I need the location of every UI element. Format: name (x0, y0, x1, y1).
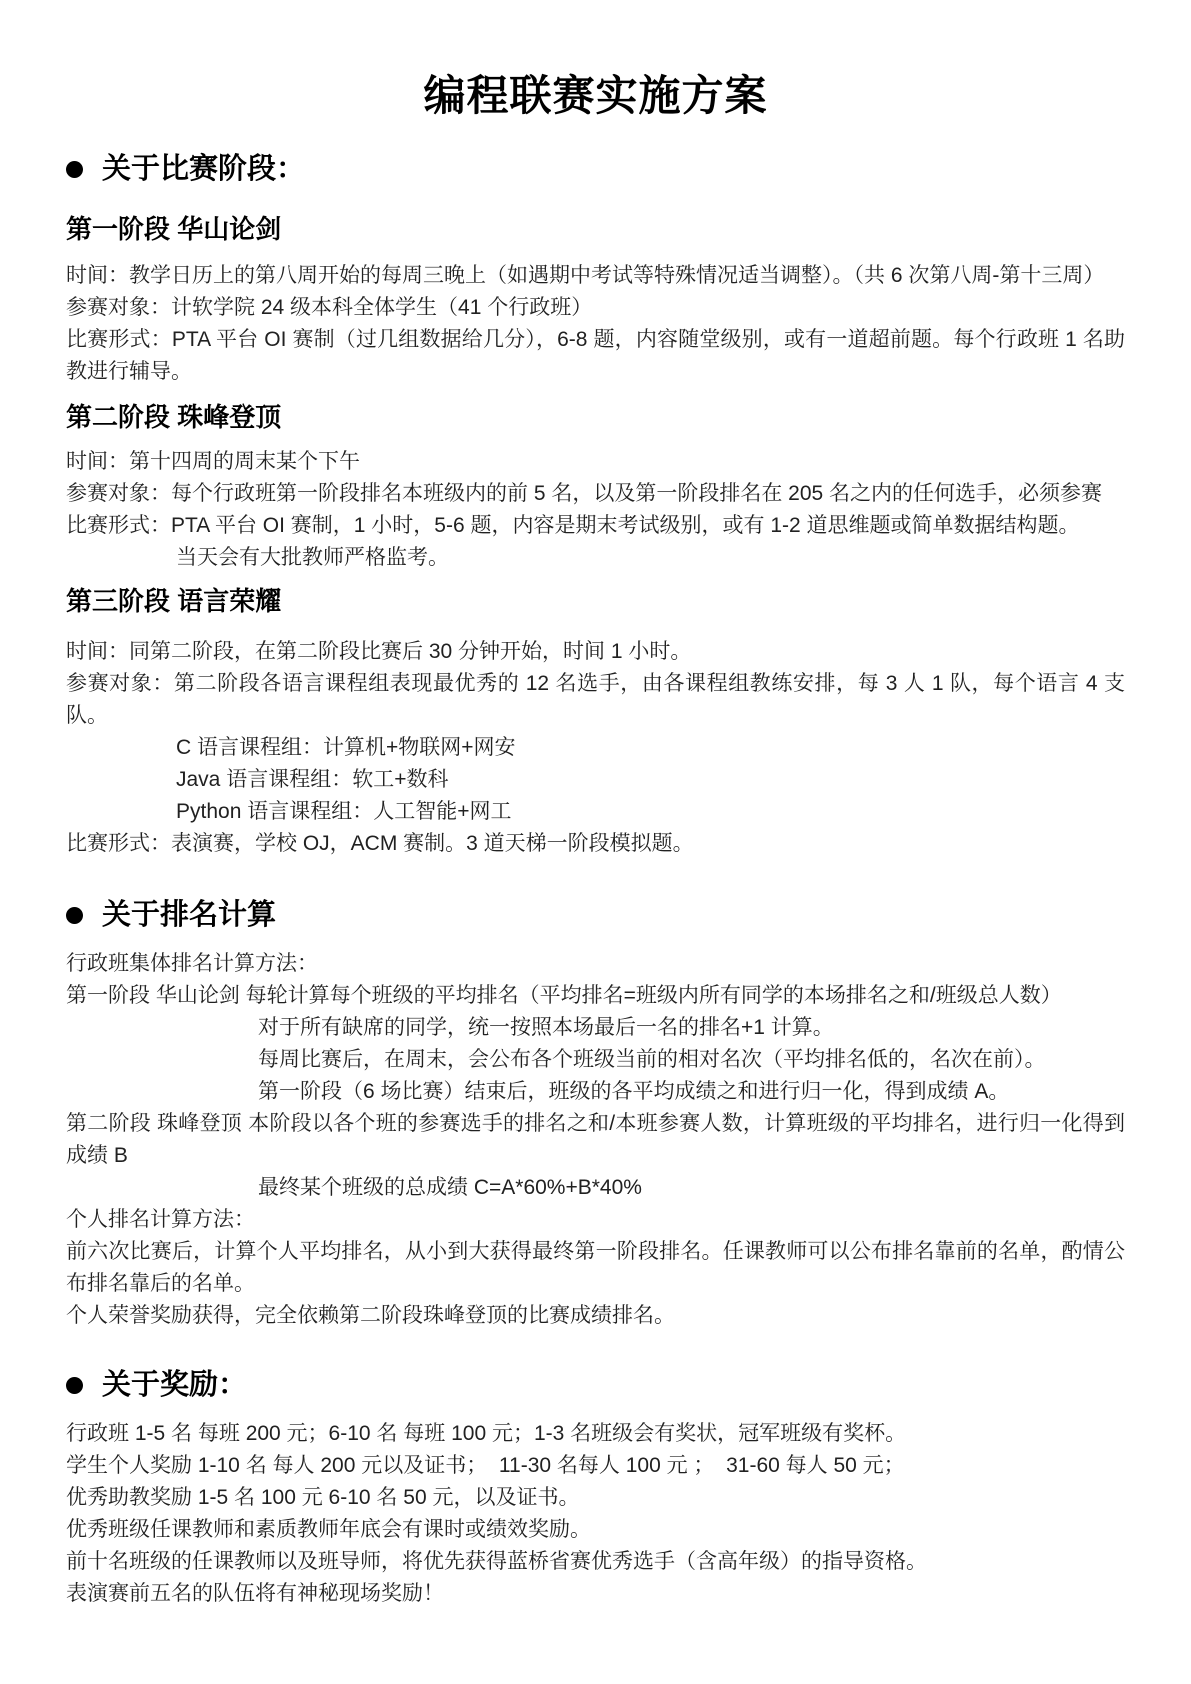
document-title: 编程联赛实施方案 (66, 72, 1125, 122)
awards-student: 学生个人奖励 1-10 名 每人 200 元以及证书； 11-30 名每人 10… (66, 1450, 1125, 1482)
stage2-format-note: 当天会有大批教师严格监考。 (66, 542, 1125, 574)
stage1-time: 时间：教学日历上的第八周开始的每周三晚上（如遇期中考试等特殊情况适当调整）。（共… (66, 260, 1125, 292)
stage2-format: 比赛形式：PTA 平台 OI 赛制，1 小时，5-6 题，内容是期末考试级别，或… (66, 510, 1125, 542)
ranking-stage2-rule: 第二阶段 珠峰登顶 本阶段以各个班的参赛选手的排名之和/本班参赛人数，计算班级的… (66, 1108, 1125, 1172)
stage3-format: 比赛形式：表演赛，学校 OJ，ACM 赛制。3 道天梯一阶段模拟题。 (66, 828, 1125, 860)
stage3-group-c: C 语言课程组：计算机+物联网+网安 (66, 732, 1125, 764)
stage2-time: 时间：第十四周的周末某个下午 (66, 446, 1125, 478)
ranking-stage1-rule: 第一阶段 华山论剑 每轮计算每个班级的平均排名（平均排名=班级内所有同学的本场排… (66, 980, 1125, 1012)
stage3-time: 时间：同第二阶段，在第二阶段比赛后 30 分钟开始，时间 1 小时。 (66, 636, 1125, 668)
bullet-icon (66, 161, 83, 178)
stage3-participants: 参赛对象：第二阶段各语言课程组表现最优秀的 12 名选手，由各课程组教练安排，每… (66, 668, 1125, 732)
awards-paragraph: 行政班 1-5 名 每班 200 元；6-10 名 每班 100 元；1-3 名… (66, 1418, 1125, 1610)
stage3-group-python: Python 语言课程组：人工智能+网工 (66, 796, 1125, 828)
awards-ta: 优秀助教奖励 1-5 名 100 元 6-10 名 50 元，以及证书。 (66, 1482, 1125, 1514)
stage1-participants: 参赛对象：计软学院 24 级本科全体学生（41 个行政班） (66, 292, 1125, 324)
stage3-heading: 第三阶段 语言荣耀 (66, 584, 1125, 618)
ranking-weekly-rule: 每周比赛后，在周末，会公布各个班级当前的相对名次（平均排名低的，名次在前）。 (66, 1044, 1125, 1076)
section-heading-stages: 关于比赛阶段： (66, 150, 1125, 188)
awards-teacher: 优秀班级任课教师和素质教师年底会有课时或绩效奖励。 (66, 1514, 1125, 1546)
stage2-paragraph: 时间：第十四周的周末某个下午 参赛对象：每个行政班第一阶段排名本班级内的前 5 … (66, 446, 1125, 574)
bullet-icon (66, 1377, 83, 1394)
ranking-final-formula: 最终某个班级的总成绩 C=A*60%+B*40% (66, 1172, 1125, 1204)
ranking-stage1-final-rule: 第一阶段（6 场比赛）结束后，班级的各平均成绩之和进行归一化，得到成绩 A。 (66, 1076, 1125, 1108)
document-page: 编程联赛实施方案 关于比赛阶段： 第一阶段 华山论剑 时间：教学日历上的第八周开… (0, 0, 1191, 1684)
stage1-paragraph: 时间：教学日历上的第八周开始的每周三晚上（如遇期中考试等特殊情况适当调整）。（共… (66, 260, 1125, 388)
section-heading-ranking-label: 关于排名计算 (102, 896, 276, 934)
ranking-personal-method-title: 个人排名计算方法： (66, 1204, 1125, 1236)
stage2-participants: 参赛对象：每个行政班第一阶段排名本班级内的前 5 名，以及第一阶段排名在 205… (66, 478, 1125, 510)
stage1-format: 比赛形式：PTA 平台 OI 赛制（过几组数据给几分），6-8 题，内容随堂级别… (66, 324, 1125, 388)
section-heading-ranking: 关于排名计算 (66, 896, 1125, 934)
bullet-icon (66, 907, 83, 924)
ranking-paragraph: 行政班集体排名计算方法： 第一阶段 华山论剑 每轮计算每个班级的平均排名（平均排… (66, 948, 1125, 1332)
awards-coach: 前十名班级的任课教师以及班导师，将优先获得蓝桥省赛优秀选手（含高年级）的指导资格… (66, 1546, 1125, 1578)
stage3-group-java: Java 语言课程组：软工+数科 (66, 764, 1125, 796)
section-heading-stages-label: 关于比赛阶段： (102, 150, 305, 188)
stage1-heading: 第一阶段 华山论剑 (66, 212, 1125, 246)
stage3-paragraph: 时间：同第二阶段，在第二阶段比赛后 30 分钟开始，时间 1 小时。 参赛对象：… (66, 636, 1125, 860)
awards-show: 表演赛前五名的队伍将有神秘现场奖励！ (66, 1578, 1125, 1610)
section-heading-awards-label: 关于奖励： (102, 1366, 247, 1404)
ranking-honor-rule: 个人荣誉奖励获得，完全依赖第二阶段珠峰登顶的比赛成绩排名。 (66, 1300, 1125, 1332)
stage2-heading: 第二阶段 珠峰登顶 (66, 400, 1125, 434)
awards-class: 行政班 1-5 名 每班 200 元；6-10 名 每班 100 元；1-3 名… (66, 1418, 1125, 1450)
ranking-personal-rule: 前六次比赛后，计算个人平均排名，从小到大获得最终第一阶段排名。任课教师可以公布排… (66, 1236, 1125, 1300)
section-heading-awards: 关于奖励： (66, 1366, 1125, 1404)
ranking-class-method-title: 行政班集体排名计算方法： (66, 948, 1125, 980)
ranking-absent-rule: 对于所有缺席的同学，统一按照本场最后一名的排名+1 计算。 (66, 1012, 1125, 1044)
